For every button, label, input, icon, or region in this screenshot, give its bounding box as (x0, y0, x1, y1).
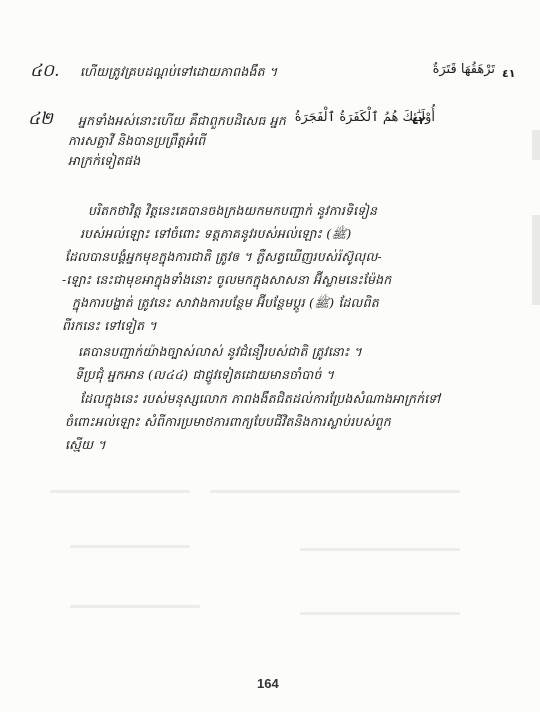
page-edge-shadow (532, 215, 540, 305)
verse-translation: អ្នកទាំងអស់នោះហើយ គឺជាពួកបដិសេធ អ្នក (78, 113, 286, 132)
verse-number-arabic: ٤١ (502, 67, 515, 80)
commentary-line: ដែលក្នុងនេះ របស់មនុស្សលោក ភាពងងឹតជិតដល់ក… (80, 391, 440, 410)
commentary-line: ចំពោះអល់ឡោះ សំពីការប្រមាថការពាក្យបែបជីវិ… (65, 414, 391, 433)
bleed-through (300, 612, 460, 615)
bleed-through (70, 605, 200, 608)
commentary-line: ពីរកនេះ ទៅទៀត ។ (62, 318, 157, 337)
bleed-through (50, 490, 190, 493)
manuscript-page: ៤០. ហើយត្រូវគ្របដណ្តប់ទៅដោយភាពងងឹត ។ تَر… (0, 0, 540, 712)
commentary-line: -ឡោះ នេះជាមុខអាក្នុងទាំងនោះ ចូលមកក្នុងសា… (62, 272, 391, 291)
commentary-line: គេបានបញ្ជាក់យ៉ាងច្បាស់លាស់ នូវជំនឿរបស់ជា… (78, 344, 362, 363)
commentary-line: ទីប្រជុំ អ្នកអាន (ល៤៤) ជាជ្ញូវទៀតដោយមានច… (75, 367, 334, 386)
page-number: 164 (257, 676, 279, 691)
bleed-through (300, 548, 460, 551)
verse-translation: ហើយត្រូវគ្របដណ្តប់ទៅដោយភាពងងឹត ។ (80, 64, 277, 83)
verse-number-khmer: ៤២ (28, 108, 53, 133)
commentary-line: របស់អល់ឡោះ ទៅចំពោះ ទត្តភាគនូវរបស់អល់ឡោះ … (80, 226, 351, 245)
verse-translation: អាក្រក់ទៀតផង (68, 153, 140, 172)
commentary-line: ស្មើយ ។ (65, 437, 106, 456)
bleed-through (210, 490, 460, 493)
commentary-line: ដែលបានបង្គំអ្នកមុខក្នុងការជាតិ ត្រូវឲ ។ … (65, 249, 382, 268)
verse-translation: ការសត្ជាវី និងបានប្រព្រឹត្តអំពើ (68, 133, 205, 152)
arabic-verse: تَرْهَقُهَا قَتَرَةٌ (433, 62, 495, 77)
commentary-line: ក្នុងការបង្ហាត់ ត្រូវនេះ សាវាងការបន្ថែម … (72, 295, 379, 314)
verse-number-arabic: ٤٢ (412, 114, 425, 127)
commentary-line: បរិតកថាវិត្ត វិត្តនេះគេបានចងក្រងយកមកបញ្ជ… (88, 203, 377, 222)
verse-number-khmer: ៤០. (30, 60, 59, 85)
bleed-through (70, 545, 190, 548)
page-edge-shadow (532, 130, 540, 160)
